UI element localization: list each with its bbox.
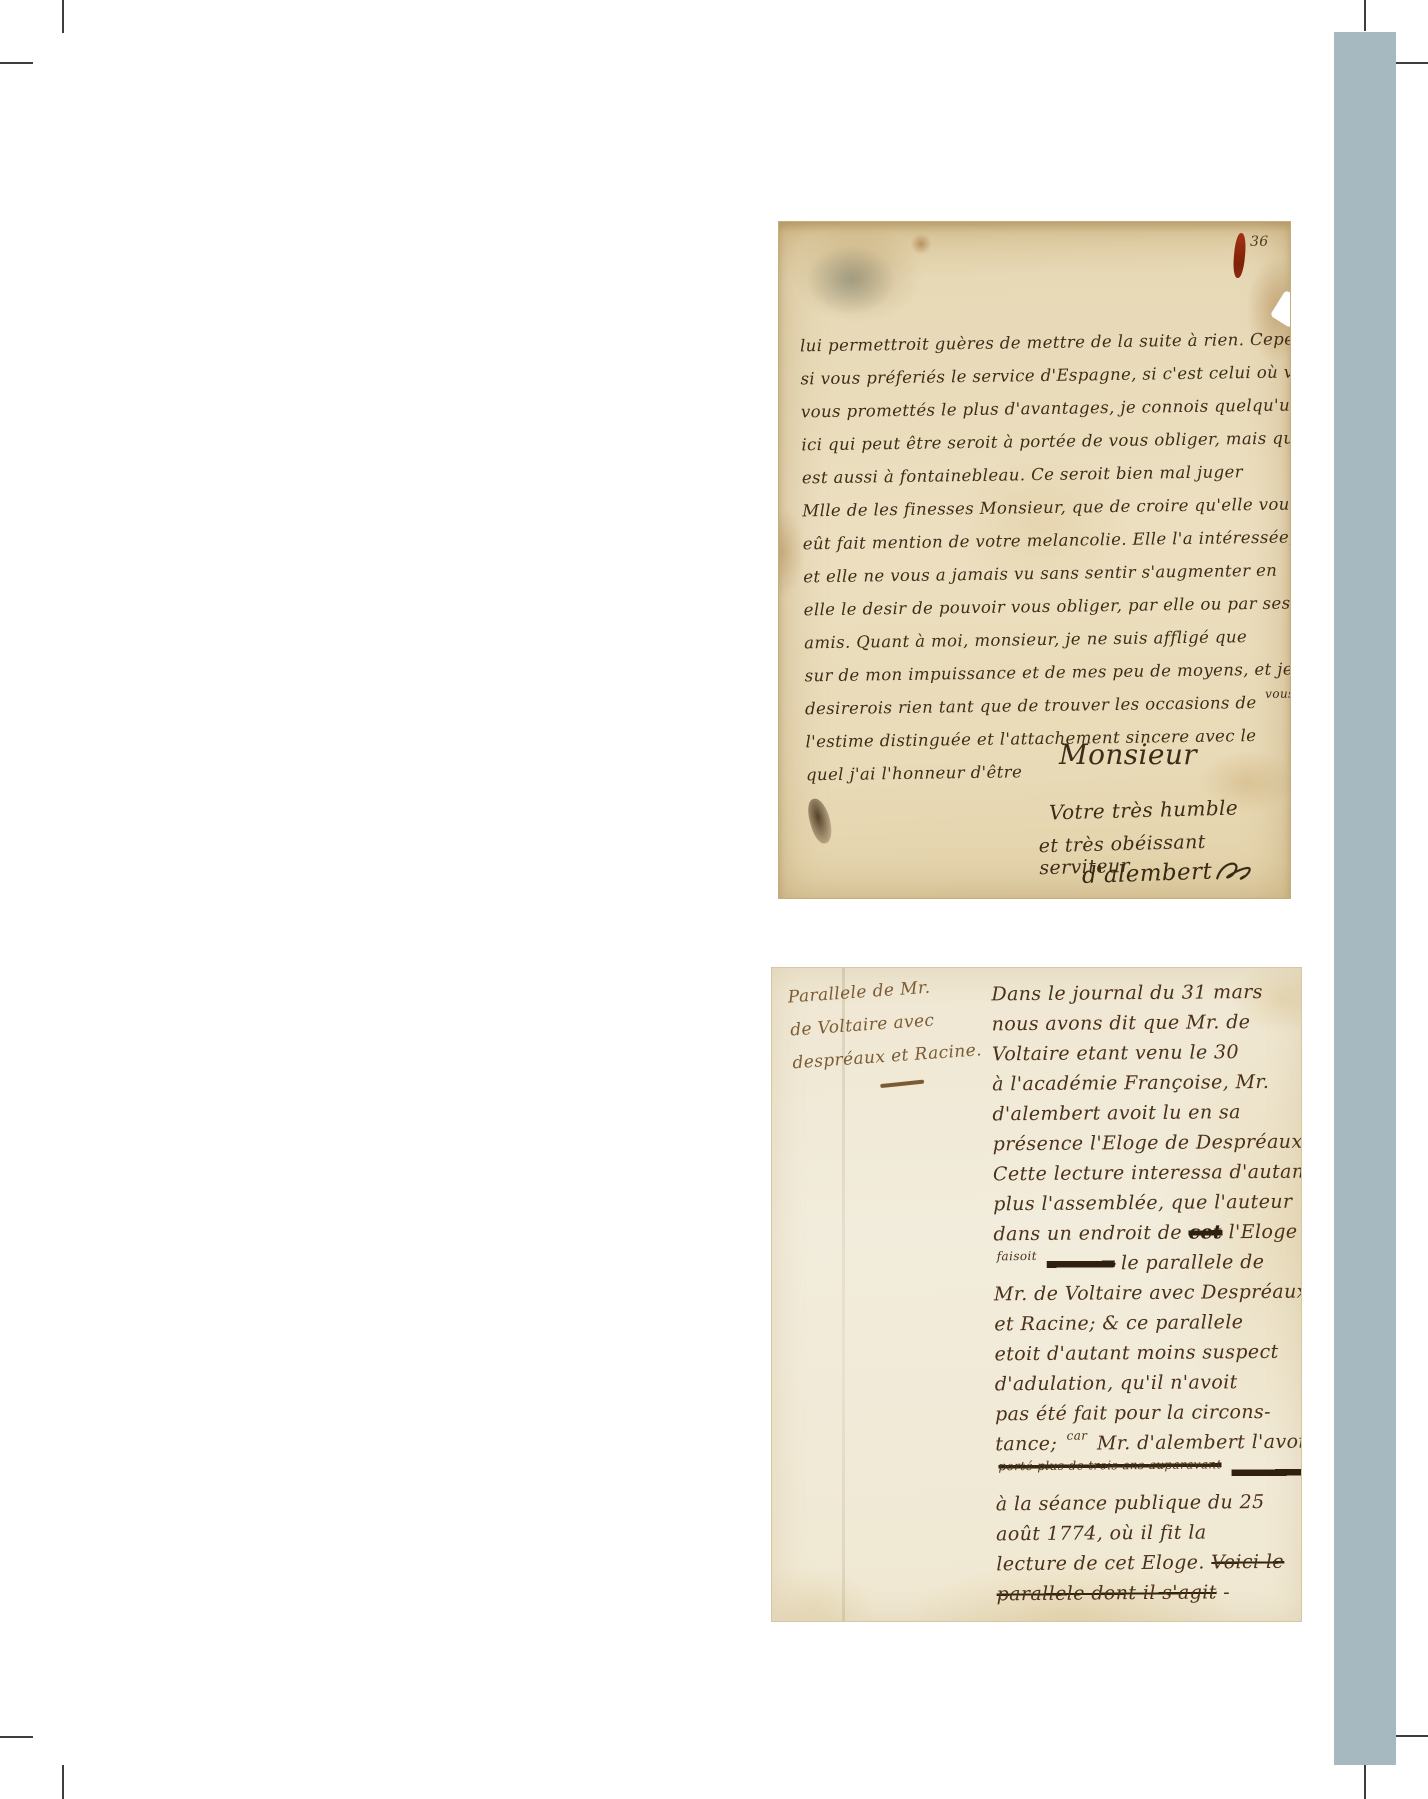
line-text: lecture de cet Eloge. (996, 1552, 1205, 1576)
struck-out-word: cet (1188, 1221, 1222, 1243)
manuscript-line: présence l'Eloge de Despréaux. (993, 1127, 1299, 1160)
manuscript-line: pas été fait pour la circons- (995, 1397, 1301, 1430)
struck-out-word: Voici le (1211, 1551, 1284, 1574)
obliterated-word: ———— (1046, 1252, 1114, 1275)
crop-mark-top-right-h (1395, 62, 1428, 64)
crop-mark-top-left-h (0, 62, 33, 64)
ink-smudge (805, 796, 836, 845)
closing-formula-line: Votre très humble (1049, 796, 1239, 825)
manuscript-line: Voltaire etant venu le 30 (992, 1037, 1298, 1070)
closing-salutation: Monsieur (1059, 738, 1197, 771)
manuscript-line: août 1774, où il fit la (996, 1517, 1302, 1550)
interline-insertion: faisoit (997, 1241, 1038, 1271)
manuscript-line: d'alembert avoit lu en sa (992, 1097, 1298, 1130)
manuscript-line: à la séance publique du 25 (996, 1487, 1302, 1520)
manuscript-line: parallele dont il s'agit - (996, 1577, 1302, 1610)
archival-number: 36 (1250, 234, 1269, 250)
manuscript-line: l'estime distinguée et l'attachement sin… (805, 719, 1285, 759)
line-text: - (1223, 1581, 1230, 1603)
manuscript-line: dans un endroit de cet l'Eloge (993, 1217, 1299, 1250)
manuscript-line: Mr. de Voltaire avec Despréaux (994, 1277, 1300, 1310)
manuscript-line: porté plus de trois ans auparavant —— ——… (995, 1457, 1301, 1490)
crop-mark-bottom-left-v (62, 1765, 64, 1799)
signature-paraph-mark (1214, 857, 1257, 884)
manuscript-line: nous avons dit que Mr. de (992, 1007, 1298, 1040)
manuscript-line: et Racine; & ce parallele (994, 1307, 1300, 1340)
signature-name: d'alembert (1082, 859, 1213, 890)
manuscript-line: quel j'ai l'honneur d'être (806, 752, 1286, 792)
line-text: le parallele de (1121, 1251, 1265, 1274)
manuscript-line: etoit d'autant moins suspect (994, 1337, 1300, 1370)
annotation-underline (880, 1080, 924, 1089)
interline-insertion: vous (1265, 678, 1291, 711)
crop-mark-bottom-left-h (0, 1736, 33, 1738)
letter-body: lui permettroit guères de mettre de la s… (800, 323, 1286, 792)
crop-mark-bottom-right-v (1364, 1765, 1366, 1799)
catalog-page: 36 lui permettroit guères de mettre de l… (0, 0, 1428, 1799)
line-text: l'Eloge (1228, 1221, 1297, 1244)
struck-out-word: parallele dont il s'agit (997, 1581, 1217, 1605)
manuscript-line: plus l'assemblée, que l'auteur (993, 1187, 1299, 1220)
obliterated-word: —— ———————— (1231, 1460, 1302, 1484)
signature: d'alembert (1082, 857, 1257, 889)
red-wax-mark (1232, 233, 1247, 279)
line-text: desirerois rien tant que de trouver les … (805, 693, 1257, 718)
manuscript-line: Dans le journal du 31 mars (991, 977, 1297, 1010)
crop-mark-bottom-right-h (1395, 1735, 1428, 1737)
manuscript-letter-scan: 36 lui permettroit guères de mettre de l… (778, 221, 1291, 899)
interline-insertion: car (1066, 1421, 1087, 1451)
manuscript-line: faisoit ———— le parallele de (994, 1247, 1300, 1280)
manuscript-line: à l'académie Françoise, Mr. (992, 1067, 1298, 1100)
interline-insertion-struck: porté plus de trois ans auparavant (998, 1449, 1222, 1481)
manuscript-line: lecture de cet Eloge. Voici le (996, 1547, 1302, 1580)
manuscript-line: d'adulation, qu'il n'avoit (995, 1367, 1301, 1400)
note-body: Dans le journal du 31 mars nous avons di… (991, 977, 1302, 1610)
crop-mark-top-right-v (1364, 0, 1366, 31)
manuscript-line: Cette lecture interessa d'autant (993, 1157, 1299, 1190)
manuscript-note-scan: Parallele de Mr. de Voltaire avec despré… (771, 967, 1302, 1622)
accent-bar (1334, 32, 1396, 1765)
margin-annotation: Parallele de Mr. de Voltaire avec despré… (787, 967, 1008, 1080)
crop-mark-top-left-v (62, 0, 64, 33)
